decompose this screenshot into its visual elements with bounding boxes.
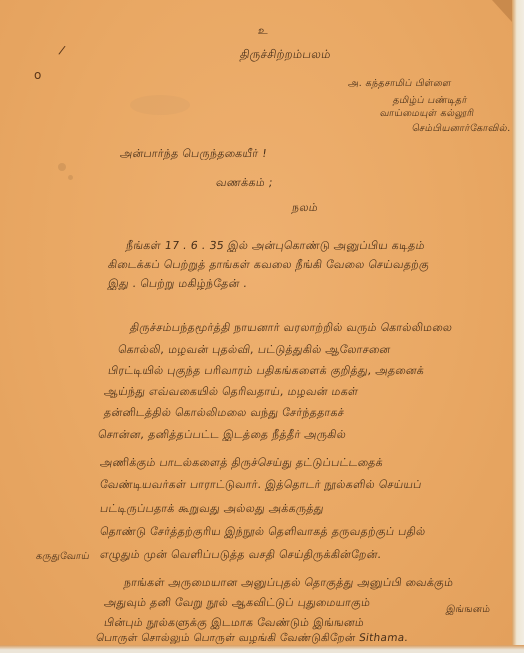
body-line: கொல்லி, மழவன் புதல்வி, பட்டுத்துகில் ஆலோ… (117, 343, 391, 358)
sender-institution: வாய்மையுள் கல்லூரி (379, 108, 475, 120)
invocation-mark: உ (257, 24, 269, 39)
body-line: தொண்டு சேர்த்தற்குரிய இந்நூல் தெளிவாகத் … (99, 525, 426, 540)
body-line: எழுதும் முன் வெளிப்படுத்த வசதி செய்திருக… (99, 548, 383, 563)
sender-name: அ. கந்தசாமிப் பிள்ளை (347, 78, 452, 90)
scan-edge-right (512, 0, 524, 653)
body-line: நீங்கள் 17 . 6 . 35 இல் அன்புகொண்டு அனுப… (125, 239, 426, 254)
sender-place: செம்பியனார்கோவில். (411, 123, 511, 135)
body-line: சொன்ன, தனித்தப்பட்ட இடத்தை நீத்தீர் அருக… (97, 428, 347, 443)
body-line: தன்னிடத்தில் கொல்லிமலை வந்து சேர்ந்ததாகச… (103, 406, 345, 421)
closing-word: இங்ஙனம் (445, 604, 491, 616)
body-line: இது . பெற்று மகிழ்ந்தேன் . (107, 277, 248, 292)
body-line: அணிக்கும் பாடல்களைத் திருச்செய்து தட்டுப… (99, 456, 384, 471)
letter-title: திருச்சிற்றம்பலம் (239, 47, 332, 63)
body-line: பொருள் சொல்லும் பொருள் வழங்கி வேண்டுகிறே… (95, 632, 409, 645)
salutation: அன்பார்ந்த பெருந்தகையீர் ! (119, 147, 268, 162)
body-line: அதுவும் தனி வேறு நூல் ஆகவிட்டுப் புதுமைய… (103, 596, 371, 611)
body-line: பிரட்டியில் புகுந்த பரிவாரம் பதிகங்களைக்… (107, 364, 425, 379)
body-line: ஆய்ந்து எவ்வகையில் தெரிவதாய், மழவன் மகள் (103, 385, 359, 400)
body-line: பட்டிருப்பதாக் கூறுவது அல்லது அக்கருத்து (99, 502, 325, 517)
body-line: பின்பும் நூல்களுக்கு இடமாக வேண்டும் இங்ங… (103, 616, 365, 631)
body-line: கிடைக்கப் பெற்றுத் தாங்கள் கவலை நீங்கி வ… (107, 258, 430, 273)
body-line: வேண்டியவர்கள் பாராட்டுவார். இத்தொடர் நூல… (99, 478, 423, 493)
scan-edge-bottom (0, 645, 524, 653)
faded-stamp (130, 95, 190, 115)
margin-note: கருதுவோய் (35, 551, 90, 563)
folded-corner (492, 0, 512, 22)
greeting: வணக்கம் ; (215, 176, 274, 191)
wellbeing: நலம் (291, 201, 319, 216)
margin-mark-circle: o (34, 68, 41, 82)
body-line: திருச்சம்பந்தமூர்த்தி நாயனார் வரலாற்றில்… (129, 321, 453, 336)
ink-smudge (58, 163, 66, 171)
margin-mark-slash: / (58, 43, 67, 58)
body-line: நாங்கள் அருமையான அனுப்புதல் தொகுத்து அனு… (123, 576, 454, 591)
letter-page: o / உ திருச்சிற்றம்பலம் அ. கந்தசாமிப் பி… (0, 0, 512, 645)
sender-title: தமிழ்ப் பண்டிதர் (392, 95, 468, 107)
ink-smudge (68, 175, 73, 180)
